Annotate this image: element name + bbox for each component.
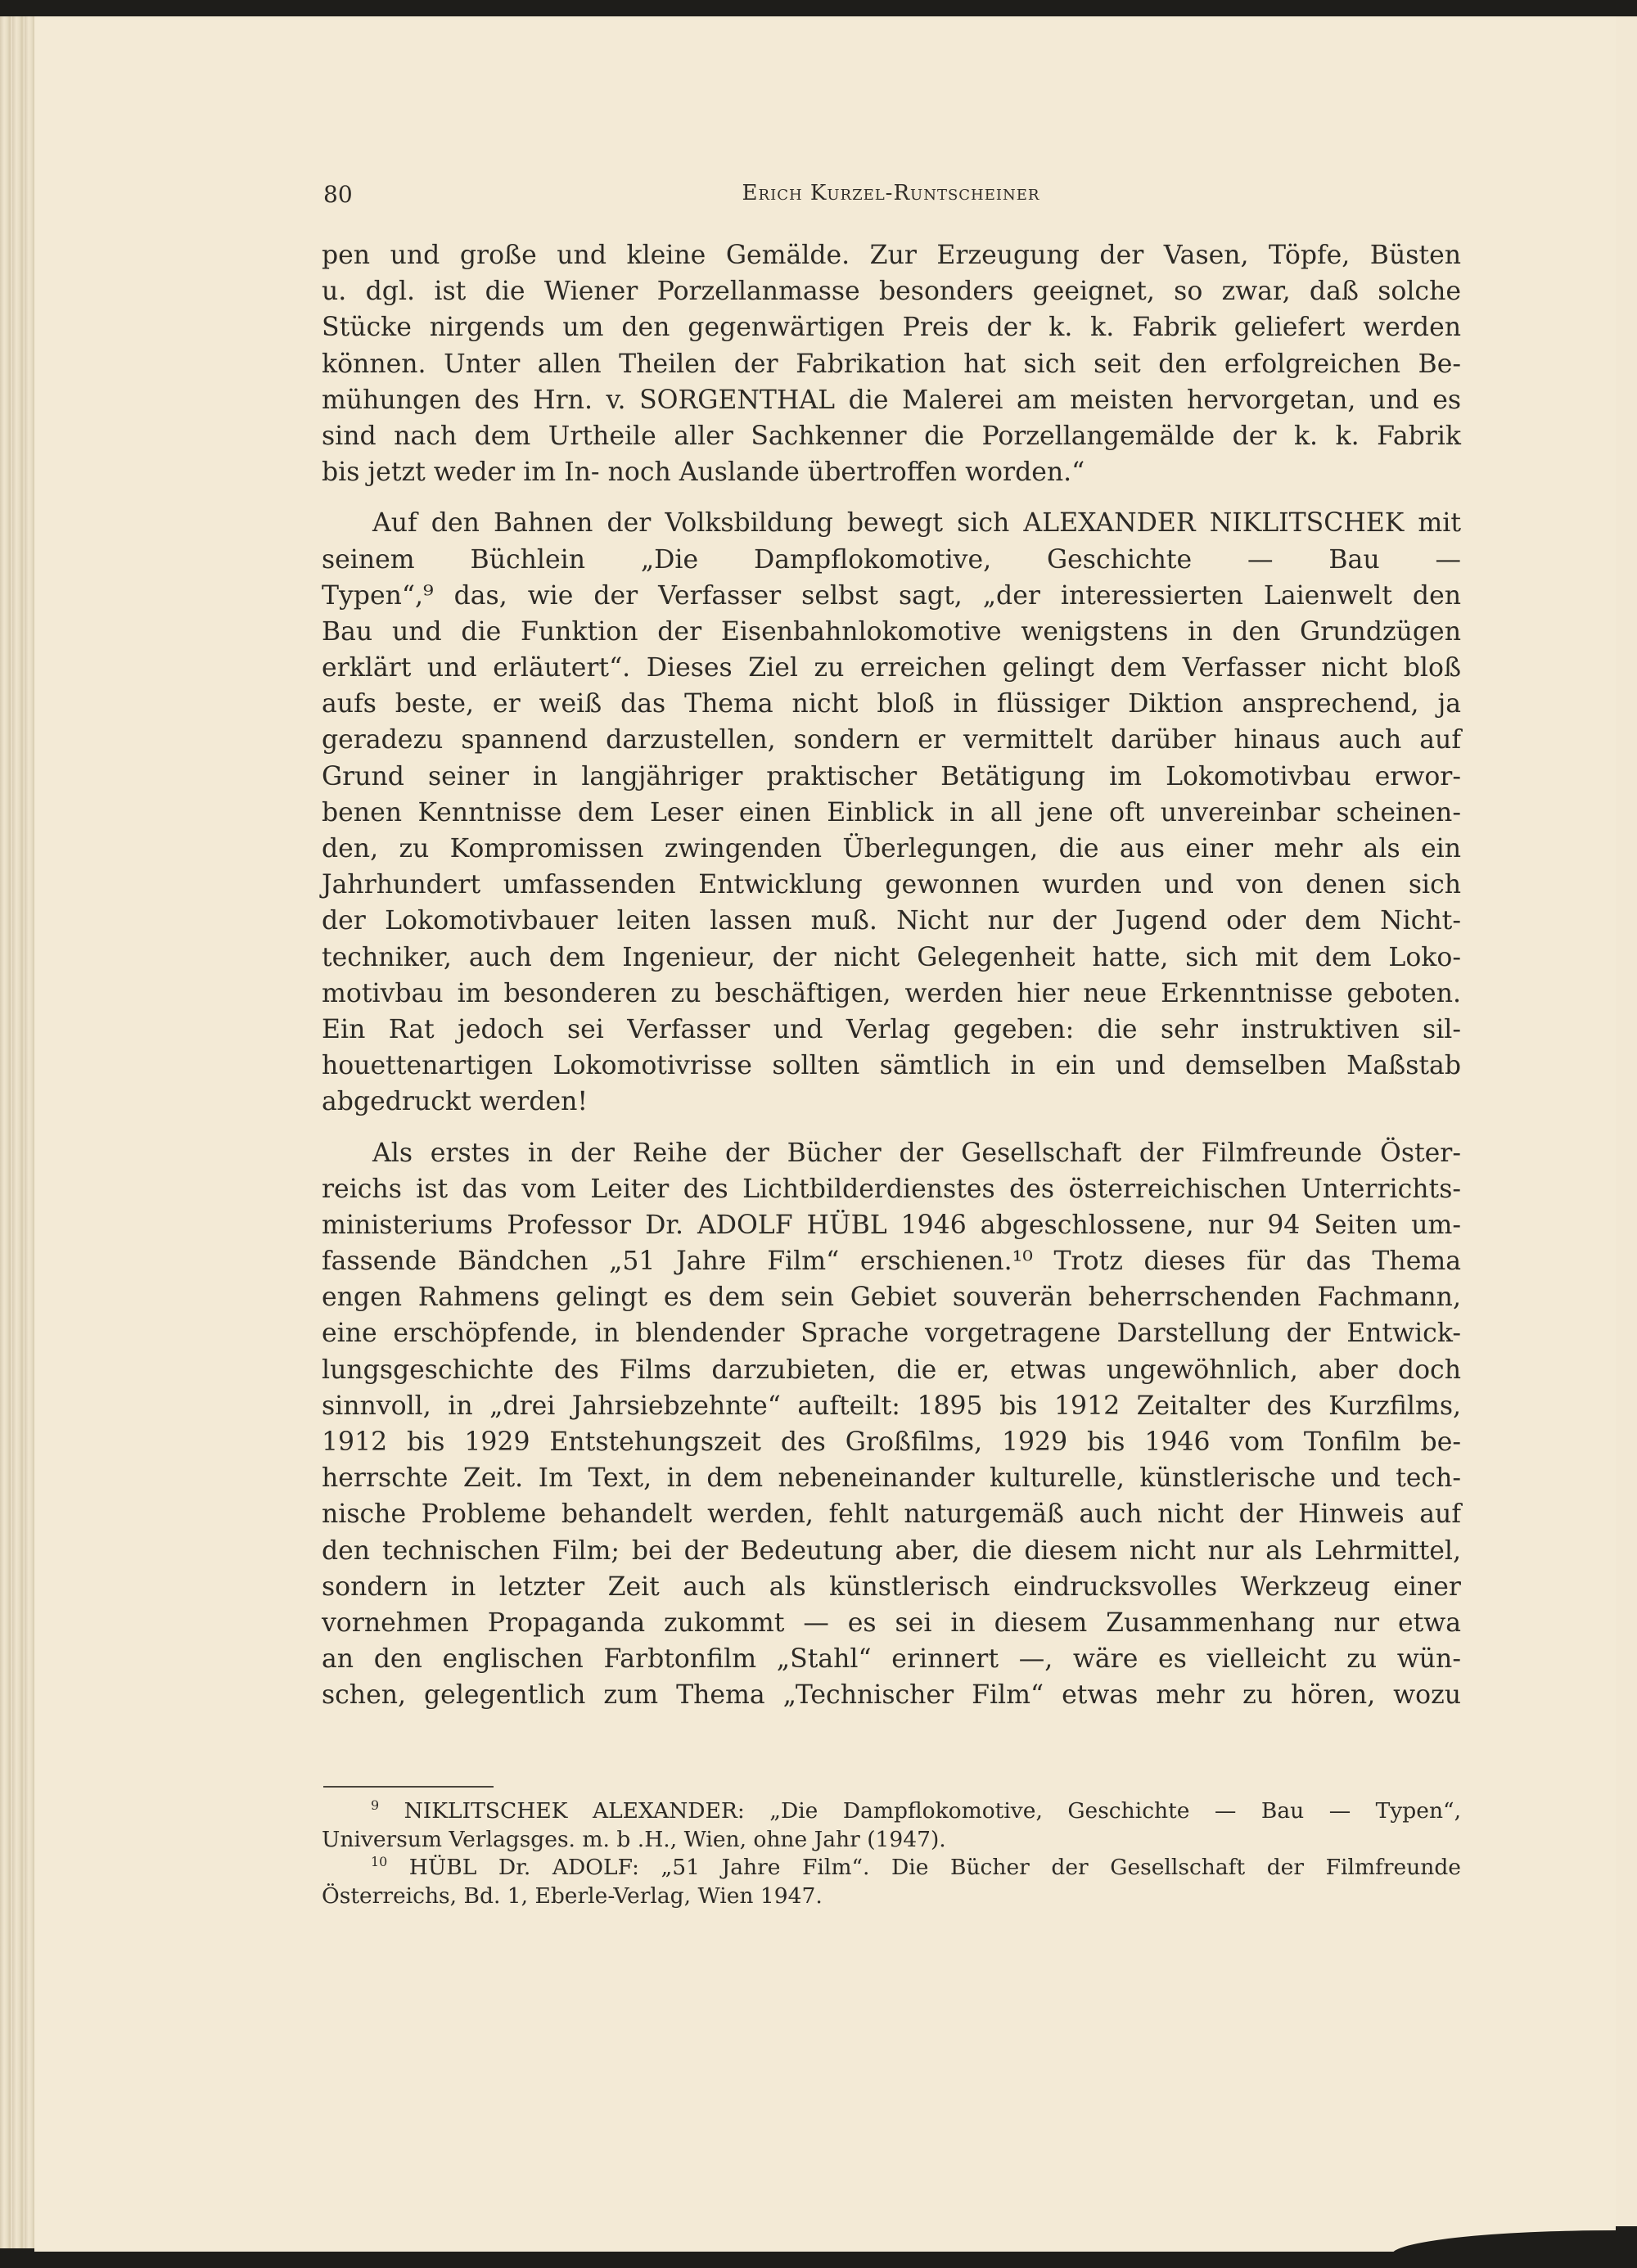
- text-line: Ein Rat jedoch sei Verfasser und Verlag …: [322, 1012, 1461, 1048]
- text-line: an den englischen Farbtonfilm „Stahl“ er…: [322, 1641, 1461, 1677]
- text-line: Grund seiner in langjähriger praktischer…: [322, 759, 1461, 795]
- text-line: schen, gelegentlich zum Thema „Technisch…: [322, 1677, 1461, 1713]
- footnote-line: 9 NIKLITSCHEK ALEXANDER: „Die Dampflokom…: [322, 1797, 1461, 1826]
- text-line: können. Unter allen Theilen der Fabrikat…: [322, 346, 1461, 382]
- text-line: 1912 bis 1929 Entstehungszeit des Großfi…: [322, 1424, 1461, 1460]
- text-line: ministeriums Professor Dr. ADOLF HÜBL 19…: [322, 1207, 1461, 1243]
- text-line: reichs ist das vom Leiter des Lichtbilde…: [322, 1171, 1461, 1207]
- text-line: aufs beste, er weiß das Thema nicht bloß…: [322, 686, 1461, 722]
- text-line: bis jetzt weder im In- noch Auslande übe…: [322, 454, 1461, 490]
- footnote-number: 9: [371, 1797, 379, 1813]
- page-stack-edge: [0, 16, 36, 2248]
- text-line: den technischen Film; bei der Bedeutung …: [322, 1533, 1461, 1569]
- text-line: mühungen des Hrn. v. SORGENTHAL die Male…: [322, 382, 1461, 418]
- footnote-number: 10: [371, 1854, 387, 1869]
- text-line: geradezu spannend darzustellen, sondern …: [322, 722, 1461, 758]
- text-line: motivbau im besonderen zu beschäftigen, …: [322, 976, 1461, 1012]
- footnote-line: 10 HÜBL Dr. ADOLF: „51 Jahre Film“. Die …: [322, 1854, 1461, 1882]
- footnote-line: Österreichs, Bd. 1, Eberle-Verlag, Wien …: [322, 1882, 1461, 1911]
- body-text: pen und große und kleine Gemälde. Zur Er…: [322, 237, 1461, 1714]
- text-line: sondern in letzter Zeit auch als künstle…: [322, 1569, 1461, 1605]
- text-line: den, zu Kompromissen zwingenden Überlegu…: [322, 831, 1461, 867]
- text-line: houettenartigen Lokomotivrisse sollten s…: [322, 1048, 1461, 1084]
- running-head-title: Erich Kurzel-Runtscheiner: [323, 181, 1459, 205]
- text-line: der Lokomotivbauer leiten lassen muß. Ni…: [322, 903, 1461, 939]
- text-line: sind nach dem Urtheile aller Sachkenner …: [322, 418, 1461, 454]
- text-line: pen und große und kleine Gemälde. Zur Er…: [322, 237, 1461, 273]
- text-line: Als erstes in der Reihe der Bücher der G…: [322, 1135, 1461, 1171]
- text-line: benen Kenntnisse dem Leser einen Einblic…: [322, 795, 1461, 831]
- text-line: Auf den Bahnen der Volksbildung bewegt s…: [322, 505, 1461, 541]
- footnotes: 9 NIKLITSCHEK ALEXANDER: „Die Dampflokom…: [322, 1797, 1461, 1910]
- text-line: sinnvoll, in „drei Jahrsiebzehnte“ aufte…: [322, 1388, 1461, 1424]
- text-line: Bau und die Funktion der Eisenbahnlokomo…: [322, 614, 1461, 650]
- text-line: eine erschöpfende, in blendender Sprache…: [322, 1315, 1461, 1351]
- text-line: engen Rahmens gelingt es dem sein Gebiet…: [322, 1279, 1461, 1315]
- footnote-line: Universum Verlagsges. m. b .H., Wien, oh…: [322, 1826, 1461, 1855]
- text-line: Typen“,⁹ das, wie der Verfasser selbst s…: [322, 578, 1461, 614]
- running-head: 80 Erich Kurzel-Runtscheiner: [323, 181, 1459, 214]
- text-line: lungsgeschichte des Films darzubieten, d…: [322, 1352, 1461, 1388]
- text-line: vornehmen Propaganda zukommt — es sei in…: [322, 1605, 1461, 1641]
- paragraph-gap: [322, 1120, 1461, 1135]
- paragraph-gap: [322, 490, 1461, 505]
- text-line: erklärt und erläutert“. Dieses Ziel zu e…: [322, 650, 1461, 686]
- footnote-rule: [323, 1786, 494, 1788]
- text-line: Stücke nirgends um den gegenwärtigen Pre…: [322, 309, 1461, 345]
- text-line: techniker, auch dem Ingenieur, der nicht…: [322, 940, 1461, 976]
- text-line: u. dgl. ist die Wiener Porzellanmasse be…: [322, 273, 1461, 309]
- text-line: seinem Büchlein „Die Dampflokomotive, Ge…: [322, 542, 1461, 578]
- text-line: herrschte Zeit. Im Text, in dem nebenein…: [322, 1460, 1461, 1496]
- text-line: fassende Bändchen „51 Jahre Film“ erschi…: [322, 1243, 1461, 1279]
- text-line: abgedruckt werden!: [322, 1084, 1461, 1120]
- text-line: Jahrhundert umfassenden Entwicklung gewo…: [322, 867, 1461, 903]
- text-line: nische Probleme behandelt werden, fehlt …: [322, 1496, 1461, 1532]
